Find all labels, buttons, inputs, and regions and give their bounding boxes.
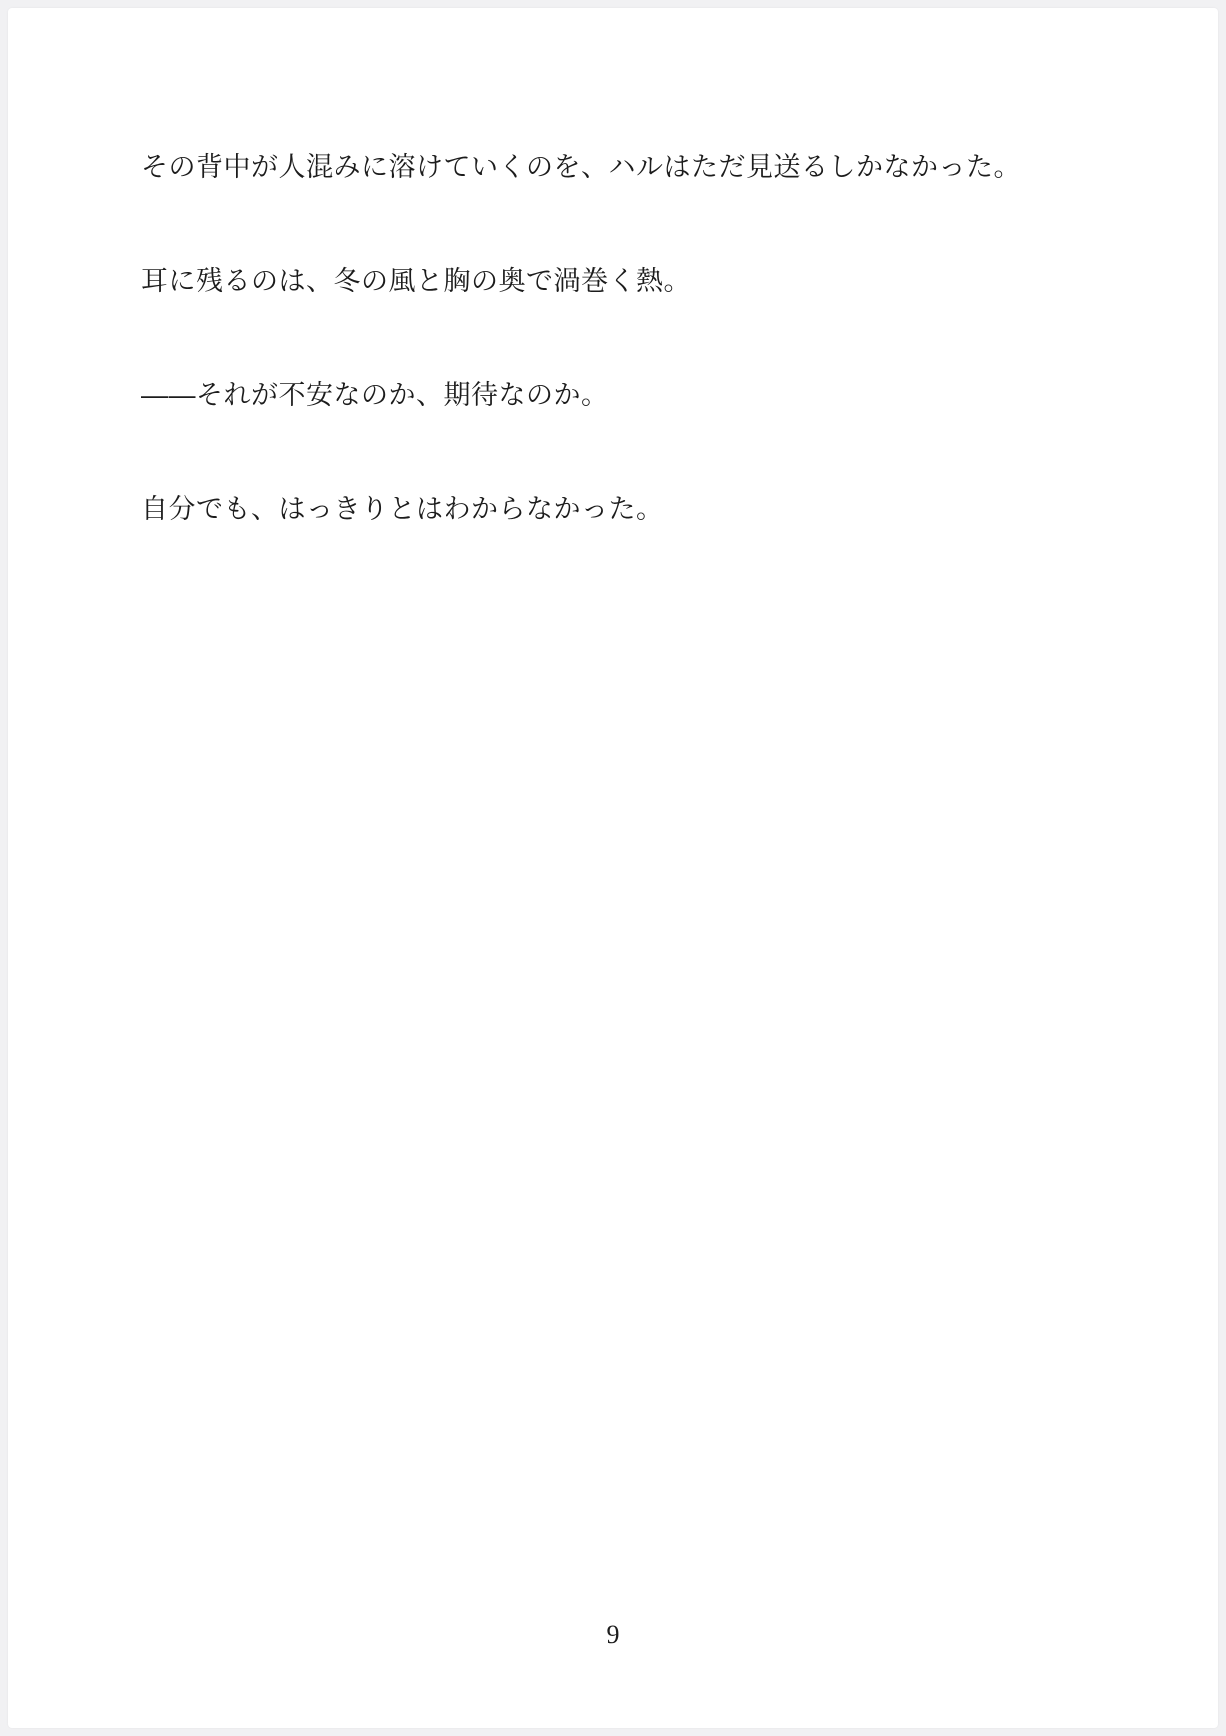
page-footer: 9 (8, 1620, 1218, 1650)
page-body: その背中が人混みに溶けていくのを、ハルはただ見送るしかなかった。 耳に残るのは、… (141, 152, 1108, 608)
document-viewport: { "page": { "paragraphs": [ "その背中が人混みに溶け… (0, 0, 1226, 1736)
paragraph-1: その背中が人混みに溶けていくのを、ハルはただ見送るしかなかった。 (141, 152, 1108, 182)
document-page: その背中が人混みに溶けていくのを、ハルはただ見送るしかなかった。 耳に残るのは、… (8, 8, 1218, 1728)
paragraph-2: 耳に残るのは、冬の風と胸の奥で渦巻く熱。 (141, 266, 1108, 296)
paragraph-3: ——それが不安なのか、期待なのか。 (141, 380, 1108, 410)
paragraph-4: 自分でも、はっきりとはわからなかった。 (141, 494, 1108, 524)
page-number: 9 (607, 1620, 620, 1649)
